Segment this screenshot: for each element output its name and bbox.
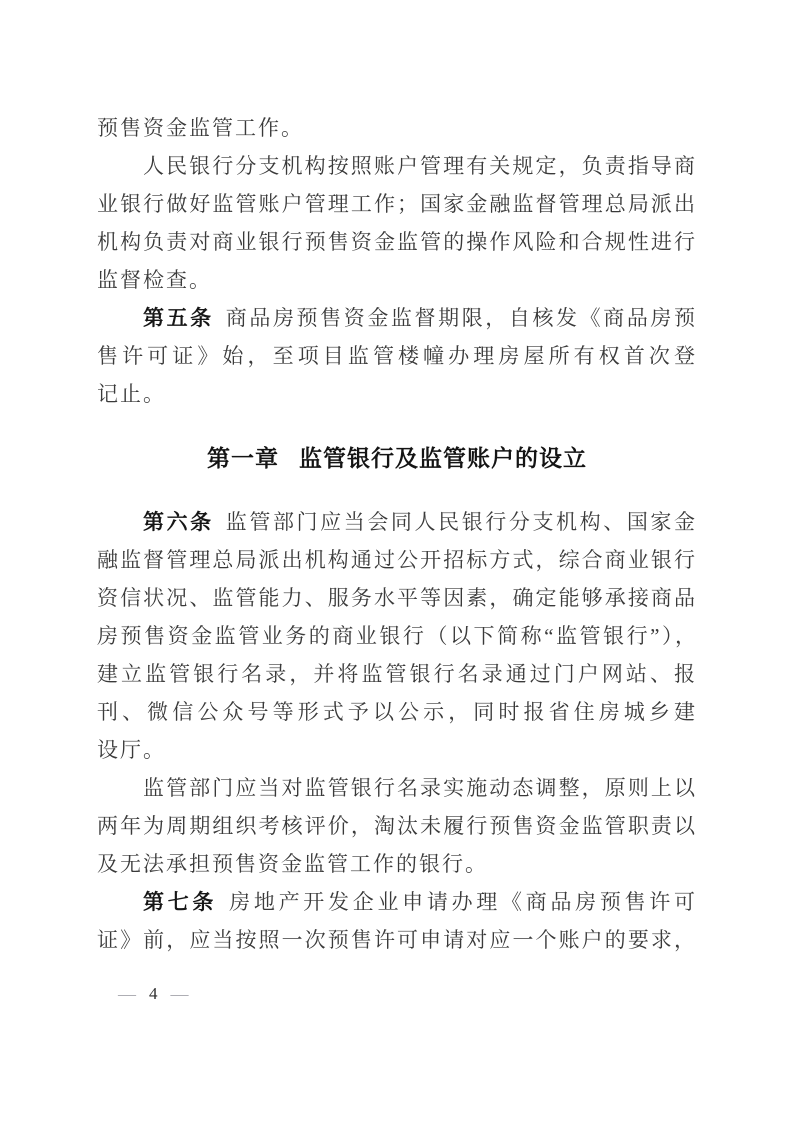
- paragraph-line: 及无法承担预售资金监管工作的银行。: [97, 845, 697, 883]
- paragraph-line: 刊、微信公众号等形式予以公示，同时报省住房城乡建: [97, 693, 697, 731]
- page-number: 4: [149, 982, 158, 1006]
- line-text: 资信状况、监管能力、服务水平等因素，确定能够承接商品: [97, 586, 697, 610]
- line-text: 房地产开发企业申请办理《商品房预售许可: [229, 890, 697, 914]
- line-text: 业银行做好监管账户管理工作；国家金融监督管理总局派出: [97, 192, 697, 216]
- line-text: 监督检查。: [97, 268, 212, 292]
- line-text: 刊、微信公众号等形式予以公示，同时报省住房城乡建: [97, 700, 697, 724]
- line-text: 人民银行分支机构按照账户管理有关规定，负责指导商: [143, 154, 697, 178]
- paragraph-line: 监督检查。: [97, 261, 697, 299]
- line-text: 融监督管理总局派出机构通过公开招标方式，综合商业银行: [97, 548, 697, 572]
- footer-dash-left: —: [118, 982, 136, 1006]
- paragraph-line: 房预售资金监管业务的商业银行（以下简称“监管银行”），: [97, 617, 697, 655]
- paragraph-line: 第五条商品房预售资金监督期限，自核发《商品房预: [97, 299, 697, 337]
- line-text: 房预售资金监管业务的商业银行（以下简称“监管银行”），: [97, 624, 697, 648]
- page-footer: — 4 —: [118, 982, 189, 1006]
- line-text: 监管部门应当对监管银行名录实施动态调整，原则上以: [143, 776, 697, 800]
- chapter-number: 第一章: [207, 445, 279, 471]
- paragraph-line: 售许可证》始，至项目监管楼幢办理房屋所有权首次登: [97, 337, 697, 375]
- line-text: 两年为周期组织考核评价，淘汰未履行预售资金监管职责以: [97, 814, 697, 838]
- paragraph-line: 人民银行分支机构按照账户管理有关规定，负责指导商: [97, 147, 697, 185]
- paragraph-line: 记止。: [97, 375, 697, 413]
- paragraph-line: 设厅。: [97, 731, 697, 769]
- line-text: 售许可证》始，至项目监管楼幢办理房屋所有权首次登: [97, 344, 697, 368]
- paragraph-line: 监管部门应当对监管银行名录实施动态调整，原则上以: [97, 769, 697, 807]
- paragraph-line: 融监督管理总局派出机构通过公开招标方式，综合商业银行: [97, 541, 697, 579]
- paragraph-line: 预售资金监管工作。: [97, 109, 697, 147]
- line-text: 设厅。: [97, 738, 166, 762]
- line-text: 及无法承担预售资金监管工作的银行。: [97, 852, 488, 876]
- document-body: 预售资金监管工作。 人民银行分支机构按照账户管理有关规定，负责指导商 业银行做好…: [97, 109, 697, 959]
- paragraph-line: 业银行做好监管账户管理工作；国家金融监督管理总局派出: [97, 185, 697, 223]
- article-number: 第五条: [143, 307, 214, 330]
- line-text: 记止。: [97, 382, 166, 406]
- paragraph-line: 建立监管银行名录，并将监管银行名录通过门户网站、报: [97, 655, 697, 693]
- paragraph-line: 第六条监管部门应当会同人民银行分支机构、国家金: [97, 503, 697, 541]
- line-text: 监管部门应当会同人民银行分支机构、国家金: [226, 510, 697, 534]
- line-text: 机构负责对商业银行预售资金监管的操作风险和合规性进行: [97, 230, 697, 254]
- paragraph-line: 证》前，应当按照一次预售许可申请对应一个账户的要求，: [97, 921, 697, 959]
- line-text: 预售资金监管工作。: [97, 116, 304, 140]
- chapter-heading: 第一章监管银行及监管账户的设立: [97, 439, 697, 477]
- article-number: 第六条: [143, 511, 214, 534]
- line-text: 商品房预售资金监督期限，自核发《商品房预: [226, 306, 697, 330]
- paragraph-line: 第七条房地产开发企业申请办理《商品房预售许可: [97, 883, 697, 921]
- line-text: 证》前，应当按照一次预售许可申请对应一个账户的要求，: [97, 928, 697, 952]
- document-page: 预售资金监管工作。 人民银行分支机构按照账户管理有关规定，负责指导商 业银行做好…: [0, 0, 794, 1123]
- footer-dash-right: —: [171, 982, 189, 1006]
- chapter-title: 监管银行及监管账户的设立: [299, 445, 587, 471]
- article-number: 第七条: [143, 891, 217, 914]
- paragraph-line: 机构负责对商业银行预售资金监管的操作风险和合规性进行: [97, 223, 697, 261]
- paragraph-line: 两年为周期组织考核评价，淘汰未履行预售资金监管职责以: [97, 807, 697, 845]
- paragraph-line: 资信状况、监管能力、服务水平等因素，确定能够承接商品: [97, 579, 697, 617]
- line-text: 建立监管银行名录，并将监管银行名录通过门户网站、报: [97, 662, 697, 686]
